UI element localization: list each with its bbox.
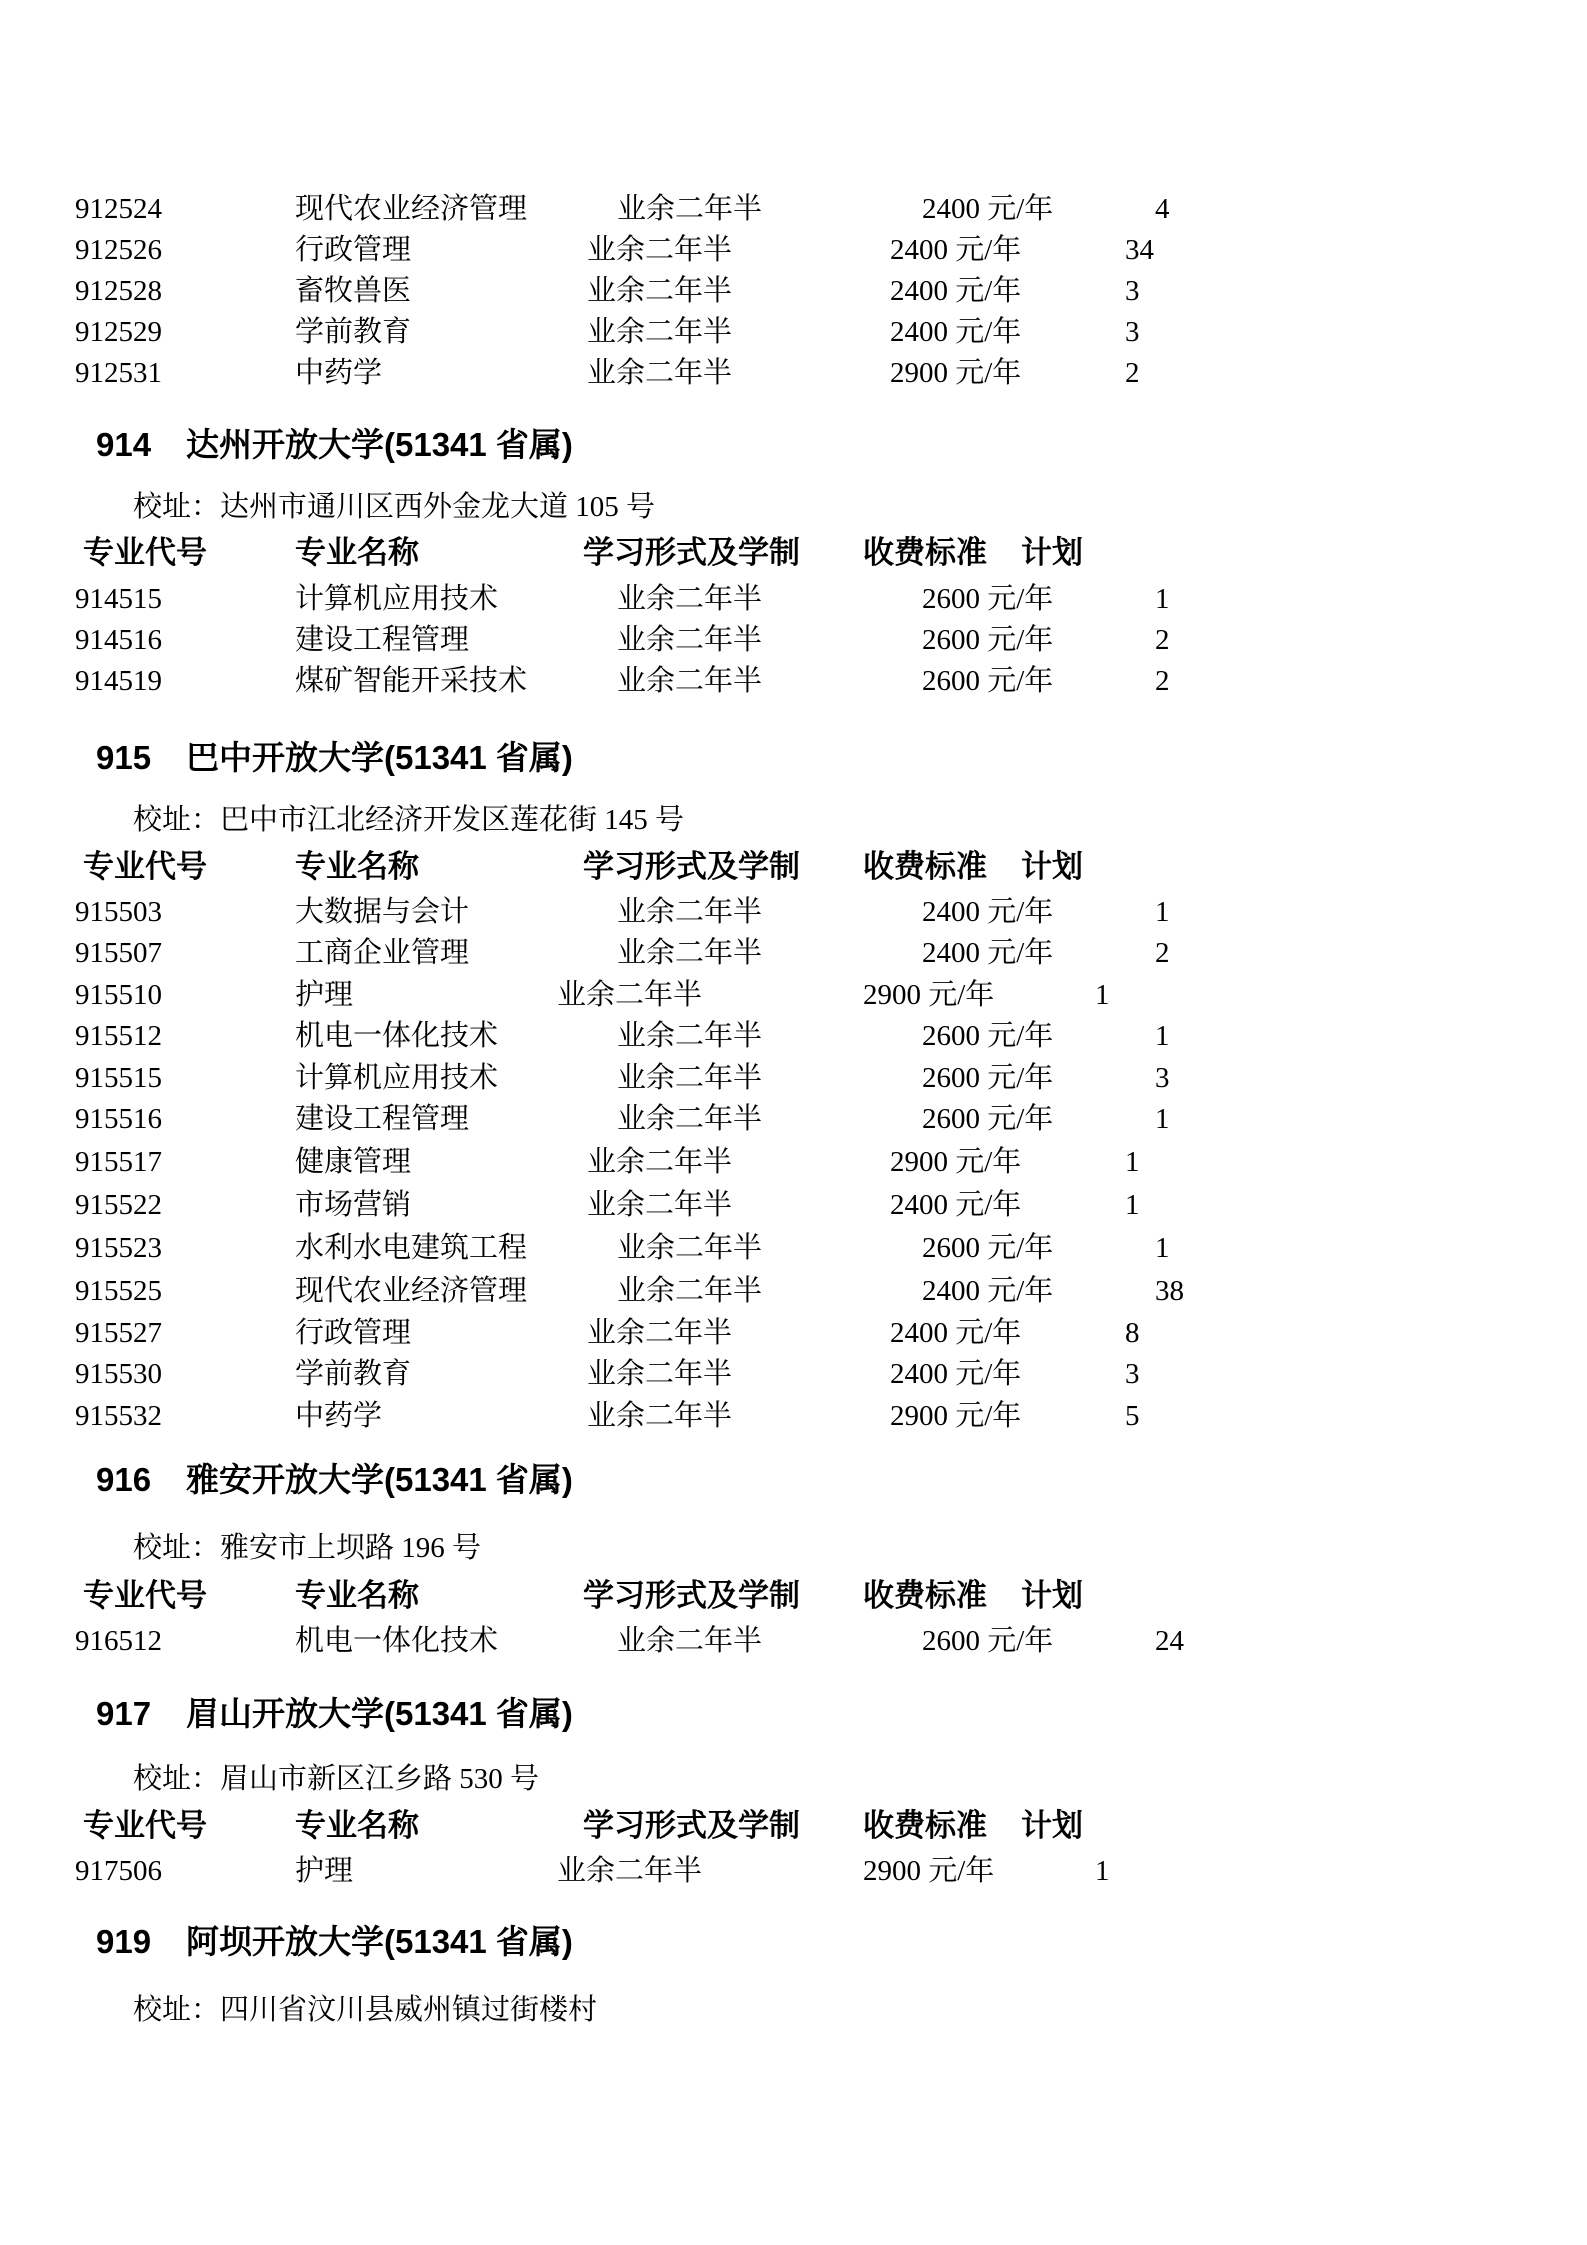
school-address: 校址：眉山市新区江乡路 530 号 <box>0 1760 1587 1802</box>
study-form: 业余二年半 <box>587 231 732 269</box>
header-fee: 收费标准 <box>863 1576 987 1616</box>
document-page: 912524 现代农业经济管理 业余二年半 2400 元/年 4 912526 … <box>0 0 1587 2245</box>
plan-count: 1 <box>1155 580 1170 618</box>
major-code: 915512 <box>75 1017 162 1055</box>
major-code: 915522 <box>75 1186 162 1224</box>
study-form: 业余二年半 <box>617 934 762 972</box>
plan-count: 1 <box>1155 1017 1170 1055</box>
major-code: 914516 <box>75 621 162 659</box>
major-code: 912528 <box>75 272 162 310</box>
major-code: 915523 <box>75 1229 162 1267</box>
header-plan: 计划 <box>1021 533 1083 573</box>
plan-count: 1 <box>1155 1100 1170 1138</box>
fee-standard: 2400 元/年 <box>890 1355 1021 1393</box>
major-name: 机电一体化技术 <box>295 1017 498 1055</box>
major-name: 煤矿智能开采技术 <box>295 662 527 700</box>
major-name: 水利水电建筑工程 <box>295 1229 527 1267</box>
address-text: 校址：达州市通川区西外金龙大道 105 号 <box>133 488 655 526</box>
major-name: 现代农业经济管理 <box>295 1272 527 1310</box>
header-major-code: 专业代号 <box>83 1806 207 1846</box>
address-text: 校址：巴中市江北经济开发区莲花街 145 号 <box>133 801 684 839</box>
table-row: 915527 行政管理 业余二年半 2400 元/年 8 <box>0 1314 1587 1356</box>
table-row: 915503 大数据与会计 业余二年半 2400 元/年 1 <box>0 893 1587 935</box>
fee-standard: 2400 元/年 <box>890 1186 1021 1224</box>
table-row: 912528 畜牧兽医 业余二年半 2400 元/年 3 <box>0 272 1587 314</box>
study-form: 业余二年半 <box>617 1272 762 1310</box>
study-form: 业余二年半 <box>617 893 762 931</box>
table-header-row: 专业代号 专业名称 学习形式及学制 收费标准 计划 <box>0 533 1587 575</box>
table-row: 915532 中药学 业余二年半 2900 元/年 5 <box>0 1397 1587 1439</box>
fee-standard: 2900 元/年 <box>890 1397 1021 1435</box>
study-form: 业余二年半 <box>617 1059 762 1097</box>
fee-standard: 2900 元/年 <box>890 354 1021 392</box>
major-code: 917506 <box>75 1852 162 1890</box>
header-fee: 收费标准 <box>863 847 987 887</box>
table-row: 912526 行政管理 业余二年半 2400 元/年 34 <box>0 231 1587 273</box>
header-study-form: 学习形式及学制 <box>583 1576 800 1616</box>
fee-standard: 2600 元/年 <box>922 1017 1053 1055</box>
major-code: 915503 <box>75 893 162 931</box>
header-major-name: 专业名称 <box>295 533 419 573</box>
fee-standard: 2900 元/年 <box>863 1852 994 1890</box>
table-row: 914516 建设工程管理 业余二年半 2600 元/年 2 <box>0 621 1587 663</box>
fee-standard: 2400 元/年 <box>922 934 1053 972</box>
major-name: 大数据与会计 <box>295 893 469 931</box>
plan-count: 24 <box>1155 1622 1184 1660</box>
plan-count: 38 <box>1155 1272 1184 1310</box>
school-address: 校址：巴中市江北经济开发区莲花街 145 号 <box>0 801 1587 843</box>
table-row: 915525 现代农业经济管理 业余二年半 2400 元/年 38 <box>0 1272 1587 1314</box>
major-name: 畜牧兽医 <box>295 272 411 310</box>
table-header-row: 专业代号 专业名称 学习形式及学制 收费标准 计划 <box>0 1576 1587 1618</box>
major-name: 中药学 <box>295 1397 382 1435</box>
school-name: 眉山开放大学(51341 省属) <box>186 1693 573 1735</box>
plan-count: 4 <box>1155 190 1170 228</box>
header-major-code: 专业代号 <box>83 533 207 573</box>
table-row: 912529 学前教育 业余二年半 2400 元/年 3 <box>0 313 1587 355</box>
fee-standard: 2900 元/年 <box>890 1143 1021 1181</box>
study-form: 业余二年半 <box>587 1186 732 1224</box>
major-name: 护理 <box>295 976 353 1014</box>
study-form: 业余二年半 <box>617 1622 762 1660</box>
major-name: 建设工程管理 <box>295 1100 469 1138</box>
fee-standard: 2600 元/年 <box>922 1622 1053 1660</box>
fee-standard: 2600 元/年 <box>922 580 1053 618</box>
plan-count: 5 <box>1125 1397 1140 1435</box>
plan-count: 1 <box>1155 893 1170 931</box>
study-form: 业余二年半 <box>587 354 732 392</box>
table-row: 915515 计算机应用技术 业余二年半 2600 元/年 3 <box>0 1059 1587 1101</box>
fee-standard: 2400 元/年 <box>890 272 1021 310</box>
plan-count: 2 <box>1155 934 1170 972</box>
address-text: 校址：雅安市上坝路 196 号 <box>133 1529 481 1567</box>
school-code: 914 <box>96 424 151 466</box>
plan-count: 3 <box>1125 1355 1140 1393</box>
major-name: 行政管理 <box>295 231 411 269</box>
fee-standard: 2900 元/年 <box>863 976 994 1014</box>
school-code: 916 <box>96 1459 151 1501</box>
section-title: 915 巴中开放大学(51341 省属) <box>0 737 1587 783</box>
major-code: 915507 <box>75 934 162 972</box>
major-code: 912524 <box>75 190 162 228</box>
study-form: 业余二年半 <box>557 976 702 1014</box>
school-address: 校址：四川省汶川县威州镇过街楼村 <box>0 1991 1587 2033</box>
study-form: 业余二年半 <box>617 190 762 228</box>
fee-standard: 2600 元/年 <box>922 1100 1053 1138</box>
plan-count: 1 <box>1095 1852 1110 1890</box>
plan-count: 2 <box>1125 354 1140 392</box>
major-name: 学前教育 <box>295 313 411 351</box>
major-code: 912531 <box>75 354 162 392</box>
major-name: 工商企业管理 <box>295 934 469 972</box>
major-code: 914515 <box>75 580 162 618</box>
plan-count: 1 <box>1125 1143 1140 1181</box>
header-plan: 计划 <box>1021 847 1083 887</box>
section-title: 919 阿坝开放大学(51341 省属) <box>0 1921 1587 1967</box>
header-study-form: 学习形式及学制 <box>583 1806 800 1846</box>
school-code: 917 <box>96 1693 151 1735</box>
study-form: 业余二年半 <box>617 1100 762 1138</box>
plan-count: 3 <box>1125 272 1140 310</box>
major-code: 912529 <box>75 313 162 351</box>
table-row: 917506 护理 业余二年半 2900 元/年 1 <box>0 1852 1587 1894</box>
study-form: 业余二年半 <box>617 621 762 659</box>
study-form: 业余二年半 <box>587 1355 732 1393</box>
study-form: 业余二年半 <box>587 272 732 310</box>
table-row: 915530 学前教育 业余二年半 2400 元/年 3 <box>0 1355 1587 1397</box>
study-form: 业余二年半 <box>617 662 762 700</box>
study-form: 业余二年半 <box>617 1229 762 1267</box>
table-row: 915507 工商企业管理 业余二年半 2400 元/年 2 <box>0 934 1587 976</box>
table-row: 912531 中药学 业余二年半 2900 元/年 2 <box>0 354 1587 396</box>
table-row: 915523 水利水电建筑工程 业余二年半 2600 元/年 1 <box>0 1229 1587 1271</box>
section-title: 917 眉山开放大学(51341 省属) <box>0 1693 1587 1739</box>
section-title: 916 雅安开放大学(51341 省属) <box>0 1459 1587 1505</box>
major-code: 915517 <box>75 1143 162 1181</box>
major-code: 915527 <box>75 1314 162 1352</box>
study-form: 业余二年半 <box>587 313 732 351</box>
study-form: 业余二年半 <box>617 1017 762 1055</box>
table-row: 915516 建设工程管理 业余二年半 2600 元/年 1 <box>0 1100 1587 1142</box>
fee-standard: 2600 元/年 <box>922 662 1053 700</box>
school-code: 915 <box>96 737 151 779</box>
school-code: 919 <box>96 1921 151 1963</box>
major-code: 915516 <box>75 1100 162 1138</box>
school-address: 校址：雅安市上坝路 196 号 <box>0 1529 1587 1571</box>
table-row: 916512 机电一体化技术 业余二年半 2600 元/年 24 <box>0 1622 1587 1664</box>
study-form: 业余二年半 <box>587 1314 732 1352</box>
major-name: 机电一体化技术 <box>295 1622 498 1660</box>
plan-count: 2 <box>1155 662 1170 700</box>
fee-standard: 2600 元/年 <box>922 1229 1053 1267</box>
header-plan: 计划 <box>1021 1576 1083 1616</box>
major-name: 计算机应用技术 <box>295 580 498 618</box>
address-text: 校址：四川省汶川县威州镇过街楼村 <box>133 1991 597 2029</box>
fee-standard: 2400 元/年 <box>922 893 1053 931</box>
fee-standard: 2600 元/年 <box>922 621 1053 659</box>
table-row: 914515 计算机应用技术 业余二年半 2600 元/年 1 <box>0 580 1587 622</box>
major-name: 现代农业经济管理 <box>295 190 527 228</box>
header-plan: 计划 <box>1021 1806 1083 1846</box>
plan-count: 34 <box>1125 231 1154 269</box>
fee-standard: 2400 元/年 <box>890 231 1021 269</box>
plan-count: 2 <box>1155 621 1170 659</box>
header-major-name: 专业名称 <box>295 847 419 887</box>
school-name: 达州开放大学(51341 省属) <box>186 424 573 466</box>
table-header-row: 专业代号 专业名称 学习形式及学制 收费标准 计划 <box>0 1806 1587 1848</box>
fee-standard: 2400 元/年 <box>890 1314 1021 1352</box>
major-code: 915530 <box>75 1355 162 1393</box>
fee-standard: 2600 元/年 <box>922 1059 1053 1097</box>
header-study-form: 学习形式及学制 <box>583 533 800 573</box>
header-fee: 收费标准 <box>863 1806 987 1846</box>
study-form: 业余二年半 <box>617 580 762 618</box>
table-row: 912524 现代农业经济管理 业余二年半 2400 元/年 4 <box>0 190 1587 232</box>
table-row: 915512 机电一体化技术 业余二年半 2600 元/年 1 <box>0 1017 1587 1059</box>
major-code: 915515 <box>75 1059 162 1097</box>
study-form: 业余二年半 <box>557 1852 702 1890</box>
major-code: 914519 <box>75 662 162 700</box>
major-name: 护理 <box>295 1852 353 1890</box>
major-name: 计算机应用技术 <box>295 1059 498 1097</box>
major-code: 915532 <box>75 1397 162 1435</box>
school-name: 阿坝开放大学(51341 省属) <box>186 1921 573 1963</box>
header-major-name: 专业名称 <box>295 1576 419 1616</box>
plan-count: 1 <box>1125 1186 1140 1224</box>
table-row: 915517 健康管理 业余二年半 2900 元/年 1 <box>0 1143 1587 1185</box>
plan-count: 3 <box>1125 313 1140 351</box>
plan-count: 8 <box>1125 1314 1140 1352</box>
plan-count: 1 <box>1095 976 1110 1014</box>
school-name: 雅安开放大学(51341 省属) <box>186 1459 573 1501</box>
study-form: 业余二年半 <box>587 1143 732 1181</box>
major-name: 健康管理 <box>295 1143 411 1181</box>
table-row: 915522 市场营销 业余二年半 2400 元/年 1 <box>0 1186 1587 1228</box>
major-name: 建设工程管理 <box>295 621 469 659</box>
header-study-form: 学习形式及学制 <box>583 847 800 887</box>
fee-standard: 2400 元/年 <box>922 1272 1053 1310</box>
fee-standard: 2400 元/年 <box>922 190 1053 228</box>
school-name: 巴中开放大学(51341 省属) <box>186 737 573 779</box>
table-row: 915510 护理 业余二年半 2900 元/年 1 <box>0 976 1587 1018</box>
header-major-code: 专业代号 <box>83 847 207 887</box>
header-fee: 收费标准 <box>863 533 987 573</box>
table-header-row: 专业代号 专业名称 学习形式及学制 收费标准 计划 <box>0 847 1587 889</box>
school-address: 校址：达州市通川区西外金龙大道 105 号 <box>0 488 1587 530</box>
major-name: 中药学 <box>295 354 382 392</box>
plan-count: 3 <box>1155 1059 1170 1097</box>
header-major-code: 专业代号 <box>83 1576 207 1616</box>
address-text: 校址：眉山市新区江乡路 530 号 <box>133 1760 539 1798</box>
plan-count: 1 <box>1155 1229 1170 1267</box>
table-row: 914519 煤矿智能开采技术 业余二年半 2600 元/年 2 <box>0 662 1587 704</box>
major-code: 912526 <box>75 231 162 269</box>
major-name: 学前教育 <box>295 1355 411 1393</box>
major-code: 916512 <box>75 1622 162 1660</box>
fee-standard: 2400 元/年 <box>890 313 1021 351</box>
major-name: 行政管理 <box>295 1314 411 1352</box>
major-name: 市场营销 <box>295 1186 411 1224</box>
section-title: 914 达州开放大学(51341 省属) <box>0 424 1587 470</box>
study-form: 业余二年半 <box>587 1397 732 1435</box>
major-code: 915510 <box>75 976 162 1014</box>
header-major-name: 专业名称 <box>295 1806 419 1846</box>
major-code: 915525 <box>75 1272 162 1310</box>
